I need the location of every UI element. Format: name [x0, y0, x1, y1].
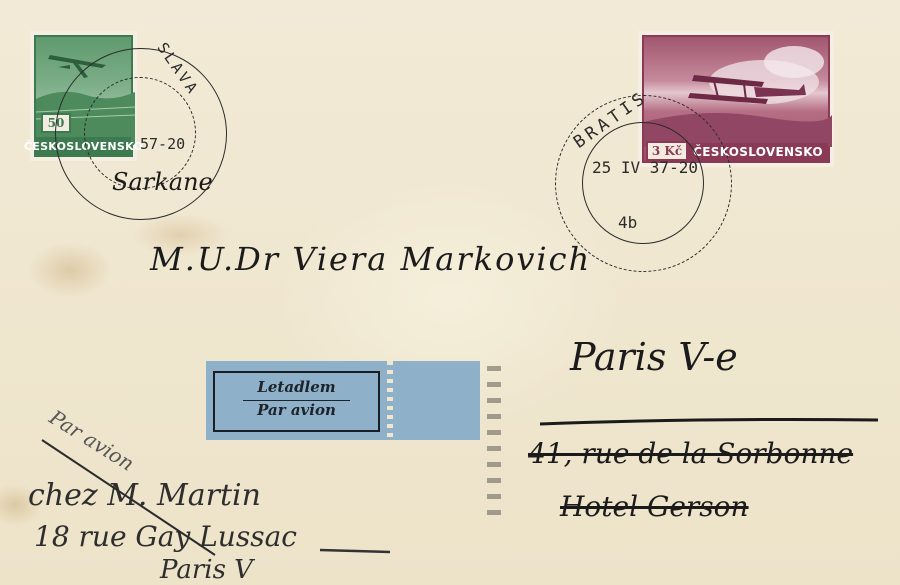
envelope: 50 ČESKOSLOVENSKO 3 Kč ČESKOSLOVENSKO SL… — [0, 0, 900, 585]
pen-strokes — [0, 0, 900, 585]
